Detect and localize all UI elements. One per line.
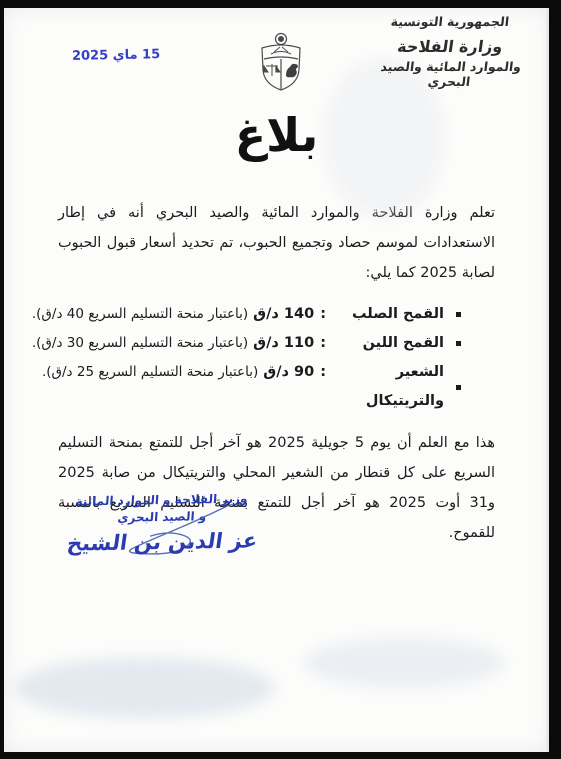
grain-price: 140 د/ق bbox=[253, 300, 314, 329]
grain-label: الشعير والتريتيكال bbox=[326, 358, 444, 416]
grain-label: القمح الصلب bbox=[326, 300, 444, 329]
bleed-through-mark bbox=[304, 638, 504, 688]
republic-name: الجمهورية التونسية bbox=[364, 14, 536, 29]
price-row-barley-triticale: الشعير والتريتيكال : 90 د/ق (باعتبار منح… bbox=[58, 358, 461, 416]
tunisia-coat-of-arms-icon bbox=[254, 32, 308, 94]
ministry-name-line1: وزارة الفلاحة bbox=[364, 37, 537, 56]
signature-block: وزير الفلاحة و الموارد المائية و الصيد ا… bbox=[61, 490, 262, 555]
colon: : bbox=[320, 300, 326, 329]
bullet-icon bbox=[456, 385, 461, 390]
document-page: 15 ماي 2025 الجمهورية التونسية وزارة الف… bbox=[4, 8, 549, 752]
price-row-soft-wheat: القمح اللين : 110 د/ق (باعتبار منحة التس… bbox=[58, 329, 461, 358]
colon: : bbox=[320, 329, 326, 358]
intro-paragraph: تعلم وزارة الفلاحة والموارد المائية والص… bbox=[58, 198, 495, 288]
signer-title-line2: و الصيد البحري bbox=[61, 507, 262, 528]
bullet-icon bbox=[456, 312, 461, 317]
grain-price: 90 د/ق bbox=[263, 358, 314, 387]
grain-note: (باعتبار منحة التسليم السريع 30 د/ق). bbox=[32, 329, 248, 358]
colon: : bbox=[320, 358, 326, 387]
letterhead: الجمهورية التونسية وزارة الفلاحة والموار… bbox=[365, 14, 535, 89]
scan-border: 15 ماي 2025 الجمهورية التونسية وزارة الف… bbox=[0, 0, 561, 759]
ministry-name-line2: والموارد المائية والصيد البحري bbox=[363, 59, 537, 89]
bleed-through-mark bbox=[14, 658, 274, 718]
scan-edge-sliver bbox=[546, 8, 549, 752]
grain-price-list: القمح الصلب : 140 د/ق (باعتبار منحة التس… bbox=[58, 300, 461, 416]
grain-note: (باعتبار منحة التسليم السريع 25 د/ق). bbox=[42, 358, 258, 387]
signer-name: عز الدين بن الشيخ bbox=[61, 528, 264, 556]
grain-price: 110 د/ق bbox=[253, 329, 314, 358]
grain-note: (باعتبار منحة التسليم السريع 40 د/ق). bbox=[32, 300, 248, 329]
document-title: بلاغ bbox=[4, 108, 549, 162]
bullet-icon bbox=[456, 341, 461, 346]
date-stamp: 15 ماي 2025 bbox=[72, 47, 160, 64]
price-row-hard-wheat: القمح الصلب : 140 د/ق (باعتبار منحة التس… bbox=[58, 300, 461, 329]
grain-label: القمح اللين bbox=[326, 329, 444, 358]
